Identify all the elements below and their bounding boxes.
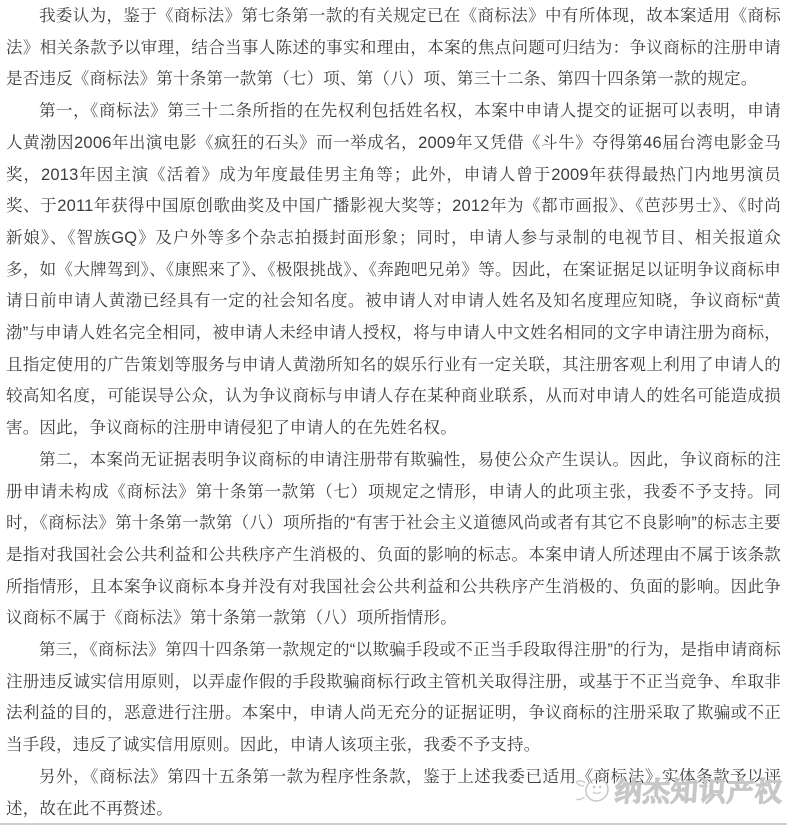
paragraph-third-point: 第三，《商标法》第四十四条第一款规定的“以欺骗手段或不正当手段取得注册”的行为，…: [6, 635, 781, 762]
document-body: 我委认为，鉴于《商标法》第七条第一款的有关规定已在《商标法》中有所体现，故本案适…: [0, 0, 787, 825]
paragraph-intro: 我委认为，鉴于《商标法》第七条第一款的有关规定已在《商标法》中有所体现，故本案适…: [6, 1, 781, 96]
paragraph-closing: 另外，《商标法》第四十五条第一款为程序性条款，鉴于上述我委已适用《商标法》实体条…: [6, 762, 781, 825]
paragraph-first-point: 第一，《商标法》第三十二条所指的在先权利包括姓名权，本案中申请人提交的证据可以表…: [6, 96, 781, 445]
paragraph-second-point: 第二，本案尚无证据表明争议商标的申请注册带有欺骗性，易使公众产生误认。因此，争议…: [6, 445, 781, 635]
